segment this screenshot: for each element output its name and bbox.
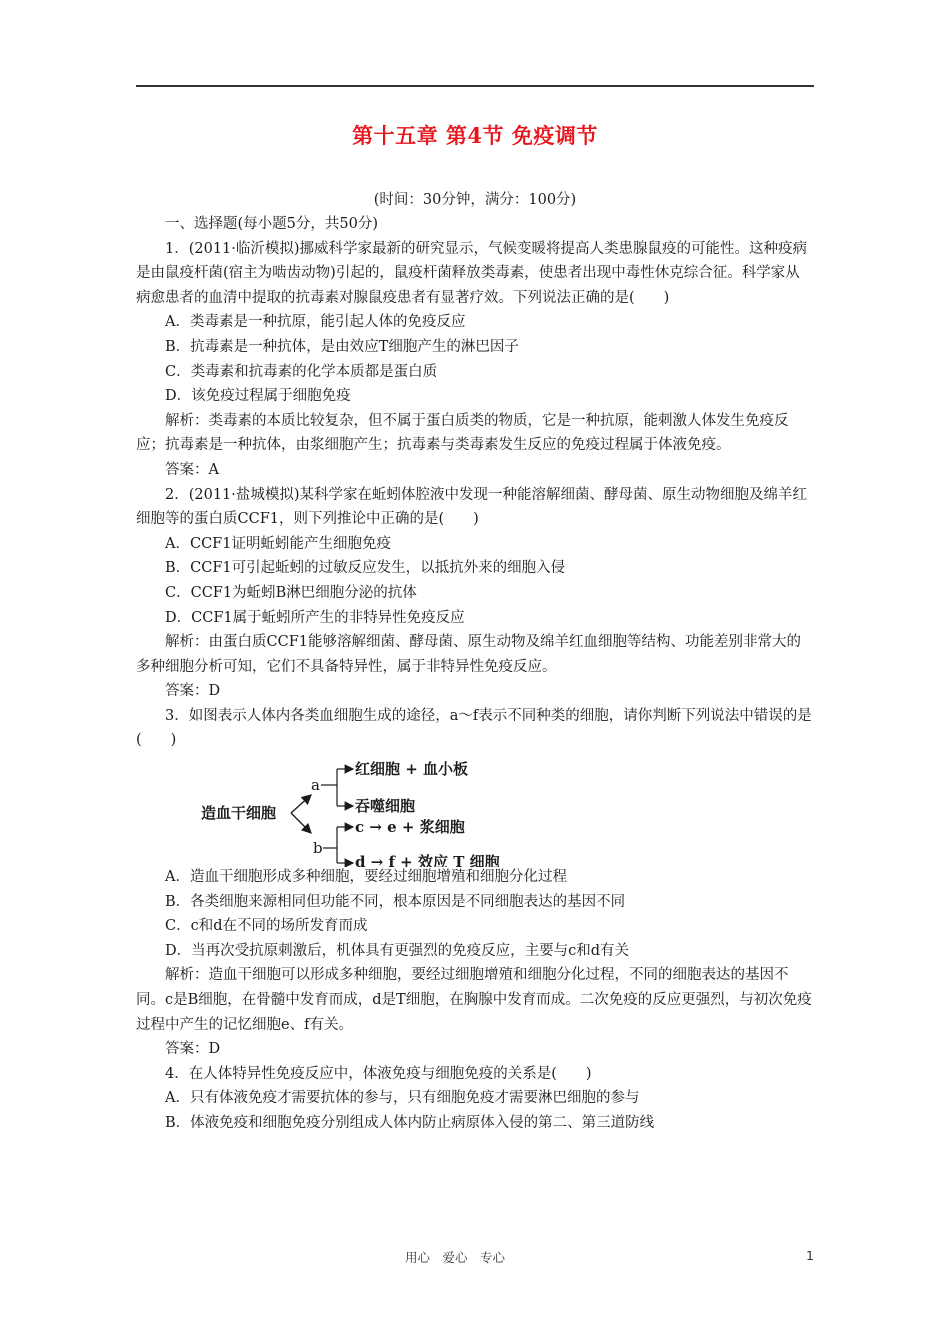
question-1-option-b: B．抗毒素是一种抗体，是由效应T细胞产生的淋巴因子 (136, 335, 814, 360)
page-number: 1 (806, 1248, 814, 1263)
document-body: 一、选择题(每小题5分，共50分) 1．(2011·临沂模拟)挪威科学家最新的研… (136, 212, 814, 1136)
question-1-analysis: 解析：类毒素的本质比较复杂，但不属于蛋白质类的物质，它是一种抗原，能刺激人体发生… (136, 409, 814, 458)
question-1-stem: 1．(2011·临沂模拟)挪威科学家最新的研究显示，气候变暖将提高人类患腺鼠疫的… (136, 237, 814, 311)
blood-cell-flow-diagram: 造血干细胞 a b 红细胞 + 血小板 吞噬细胞 c → e + 浆细胞 d →… (191, 755, 531, 867)
diagram-c-path: c → e + 浆细胞 (355, 818, 465, 836)
diagram-root-label: 造血干细胞 (201, 804, 276, 822)
footer-motto: 用心 爱心 专心 (405, 1248, 505, 1266)
diagram-d-path: d → f + 效应 T 细胞 (355, 853, 500, 867)
question-2-answer: 答案：D (136, 679, 814, 704)
question-3-stem: 3．如图表示人体内各类血细胞生成的途径，a～f表示不同种类的细胞，请你判断下列说… (136, 704, 814, 753)
section-heading: 一、选择题(每小题5分，共50分) (136, 212, 814, 237)
question-3-option-d: D．当再次受抗原刺激后，机体具有更强烈的免疫反应，主要与c和d有关 (136, 939, 814, 964)
question-3-option-b: B．各类细胞来源相同但功能不同，根本原因是不同细胞表达的基因不同 (136, 890, 814, 915)
blood-cell-diagram: 造血干细胞 a b 红细胞 + 血小板 吞噬细胞 c → e + 浆细胞 d →… (136, 753, 814, 865)
exam-meta: (时间：30分钟，满分：100分) (136, 188, 814, 209)
question-4-option-b: B．体液免疫和细胞免疫分别组成人体内防止病原体入侵的第二、第三道防线 (136, 1111, 814, 1136)
header-rule (136, 85, 814, 87)
question-1-option-a: A．类毒素是一种抗原，能引起人体的免疫反应 (136, 310, 814, 335)
question-4-option-a: A．只有体液免疫才需要抗体的参与，只有细胞免疫才需要淋巴细胞的参与 (136, 1086, 814, 1111)
question-2-option-a: A．CCF1证明蚯蚓能产生细胞免疫 (136, 532, 814, 557)
question-1-option-c: C．类毒素和抗毒素的化学本质都是蛋白质 (136, 360, 814, 385)
question-3-option-c: C．c和d在不同的场所发育而成 (136, 914, 814, 939)
question-2-option-c: C．CCF1为蚯蚓B淋巴细胞分泌的抗体 (136, 581, 814, 606)
question-3-analysis: 解析：造血干细胞可以形成多种细胞，要经过细胞增殖和细胞分化过程，不同的细胞表达的… (136, 963, 814, 1037)
document-page: 第十五章 第4节 免疫调节 (时间：30分钟，满分：100分) 一、选择题(每小… (0, 0, 950, 1344)
diagram-red-cell-platelet: 红细胞 + 血小板 (355, 760, 468, 778)
question-2-option-d: D．CCF1属于蚯蚓所产生的非特异性免疫反应 (136, 606, 814, 631)
question-3-answer: 答案：D (136, 1037, 814, 1062)
page-title: 第十五章 第4节 免疫调节 (0, 120, 950, 150)
question-2-option-b: B．CCF1可引起蚯蚓的过敏反应发生，以抵抗外来的细胞入侵 (136, 556, 814, 581)
diagram-node-a: a (311, 776, 320, 794)
question-1-option-d: D．该免疫过程属于细胞免疫 (136, 384, 814, 409)
question-4-stem: 4．在人体特异性免疫反应中，体液免疫与细胞免疫的关系是( ) (136, 1062, 814, 1087)
question-2-analysis: 解析：由蛋白质CCF1能够溶解细菌、酵母菌、原生动物及绵羊红血细胞等结构、功能差… (136, 630, 814, 679)
question-2-stem: 2．(2011·盐城模拟)某科学家在蚯蚓体腔液中发现一种能溶解细菌、酵母菌、原生… (136, 483, 814, 532)
diagram-phagocyte: 吞噬细胞 (355, 797, 415, 815)
question-1-answer: 答案：A (136, 458, 814, 483)
question-3-option-a: A．造血干细胞形成多种细胞，要经过细胞增殖和细胞分化过程 (136, 865, 814, 890)
diagram-node-b: b (313, 839, 323, 857)
